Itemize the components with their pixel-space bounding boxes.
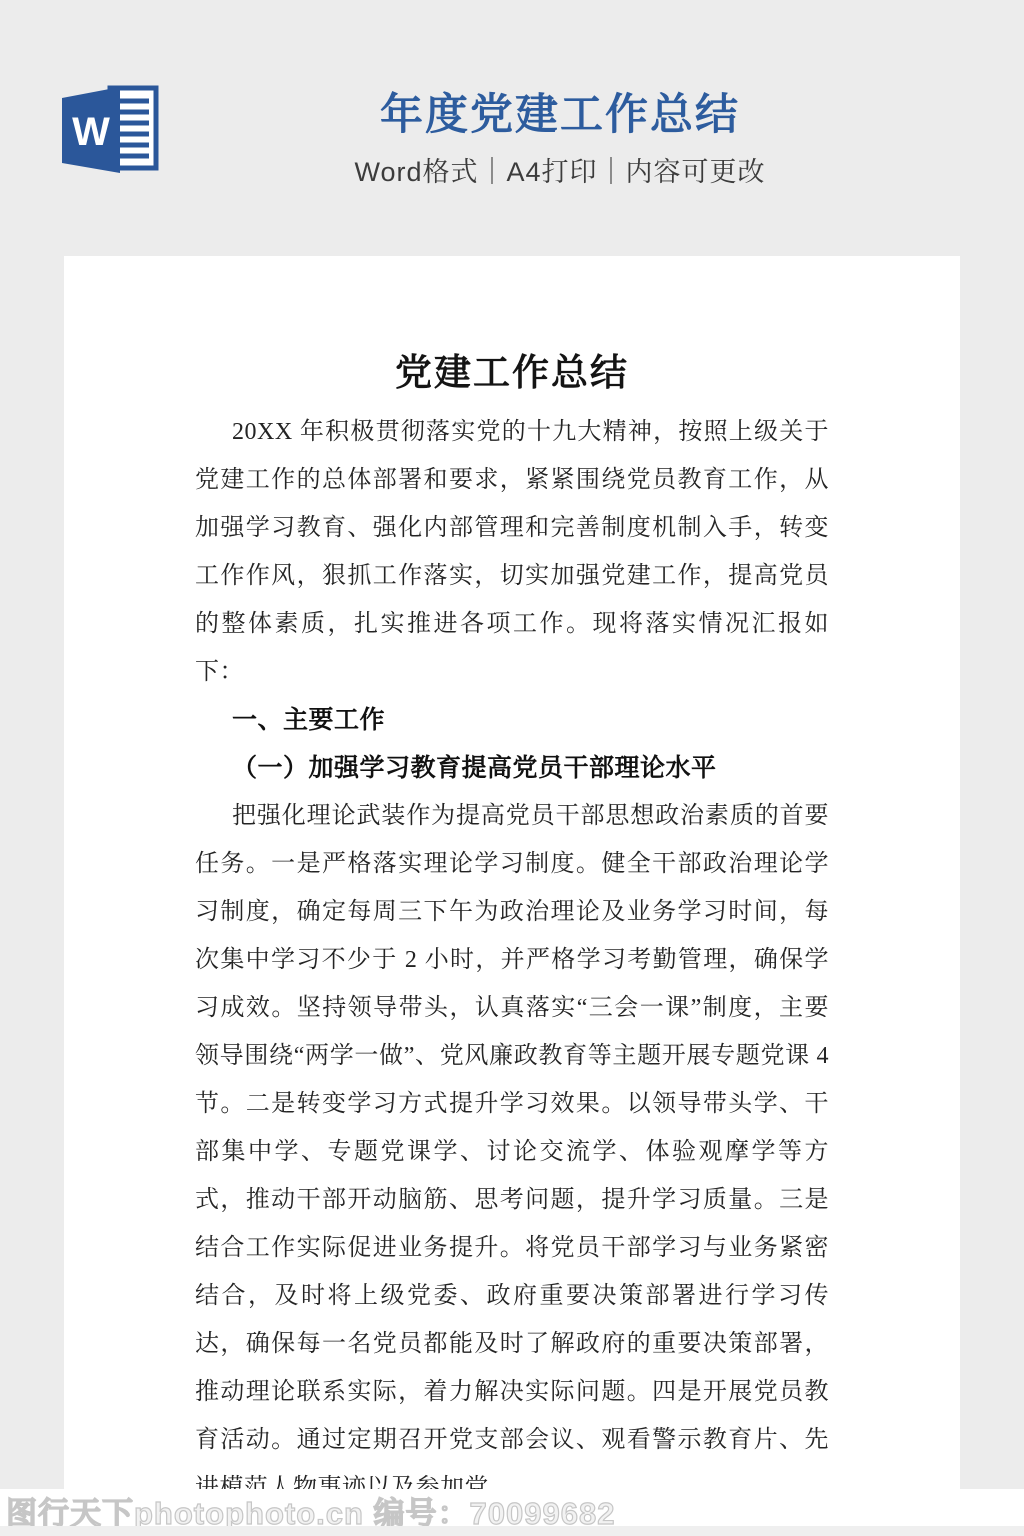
bottom-strip [0,1526,1024,1536]
document-page: 党建工作总结 20XX 年积极贯彻落实党的十九大精神，按照上级关于党建工作的总体… [64,256,960,1526]
template-subtitle: Word格式｜A4打印｜内容可更改 [160,150,960,189]
document-paragraph-2: 把强化理论武装作为提高党员干部思想政治素质的首要任务。一是严格落实理论学习制度。… [195,792,829,1512]
word-file-icon: W [58,84,162,176]
header-text-block: 年度党建工作总结 Word格式｜A4打印｜内容可更改 [160,90,960,189]
document-heading-2: （一）加强学习教育提高党员干部理论水平 [195,744,829,792]
template-title: 年度党建工作总结 [160,90,960,140]
document-title: 党建工作总结 [195,352,829,396]
preview-header: W 年度党建工作总结 Word格式｜A4打印｜内容可更改 [0,0,1024,256]
document-paragraph-1: 20XX 年积极贯彻落实党的十九大精神，按照上级关于党建工作的总体部署和要求，紧… [195,408,829,696]
document-heading-1: 一、主要工作 [195,696,829,744]
word-icon-letter: W [72,110,110,154]
